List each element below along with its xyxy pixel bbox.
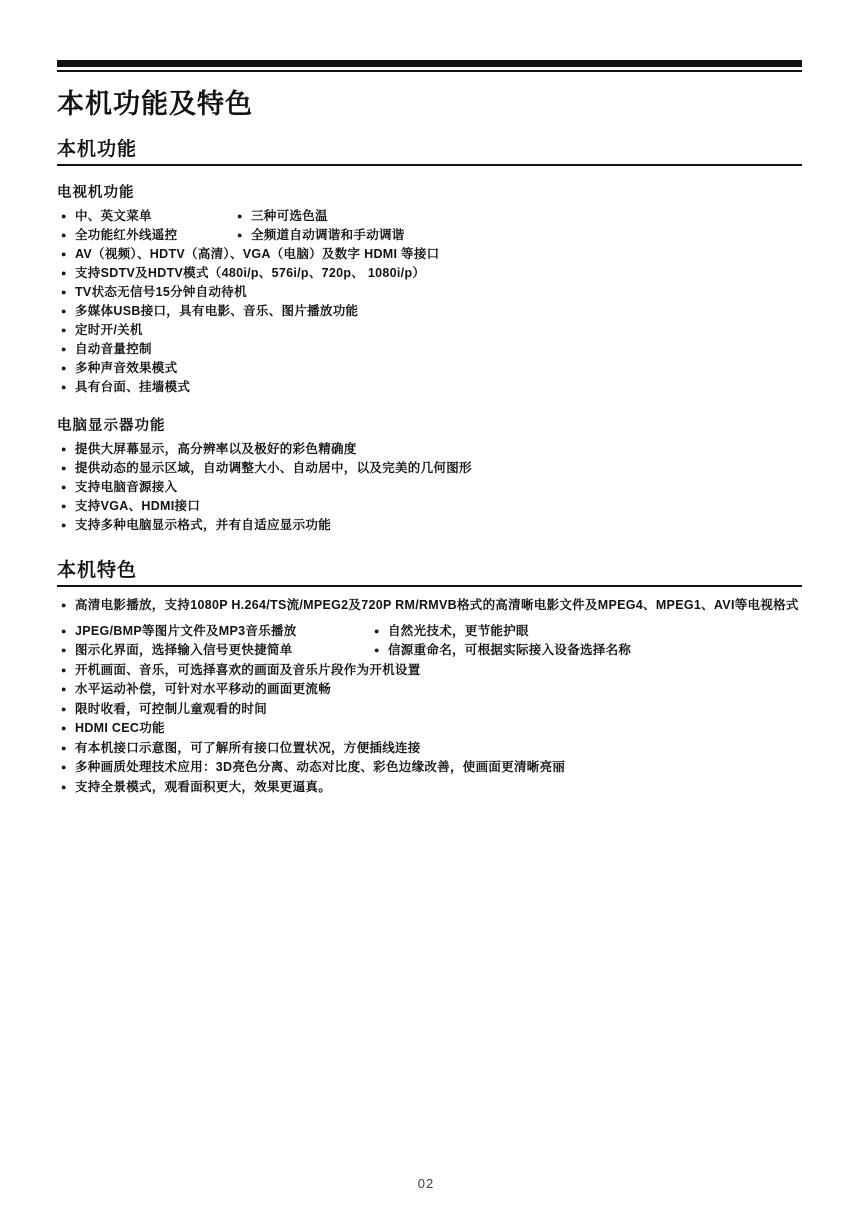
section-heading-functions: 本机功能 — [57, 134, 802, 166]
feature-text: HDMI CEC功能 — [75, 719, 165, 739]
feature-text: 高清电影播放，支持1080P H.264/TS流/MPEG2及720P RM/R… — [75, 596, 799, 616]
bullet-icon: ● — [57, 641, 75, 661]
list-item: ● 限时收看，可控制儿童观看的时间 — [57, 700, 802, 720]
bullet-icon: ● — [57, 207, 75, 226]
feature-text: 中、英文菜单 — [75, 207, 152, 226]
bullet-icon: ● — [370, 622, 388, 642]
list-item: ● TV状态无信号15分钟自动待机 — [57, 283, 802, 302]
feature-text: 多媒体USB接口，具有电影、音乐、图片播放功能 — [75, 302, 358, 321]
bullet-icon: ● — [57, 283, 75, 302]
list-item: ● 多种画质处理技术应用：3D亮色分离、动态对比度、彩色边缘改善，使画面更清晰亮… — [57, 758, 802, 778]
feature-text: 自然光技术，更节能护眼 — [388, 622, 529, 642]
bullet-icon: ● — [57, 359, 75, 378]
feature-text: 支持电脑音源接入 — [75, 478, 177, 497]
top-divider-thin-line — [57, 70, 802, 72]
bullet-icon: ● — [57, 778, 75, 797]
bullet-icon: ● — [57, 378, 75, 397]
feature-text: 自动音量控制 — [75, 340, 152, 359]
feature-text: AV（视频）、HDTV（高清）、VGA（电脑）及数字 HDMI 等接口 — [75, 245, 439, 264]
bullet-icon: ● — [57, 661, 75, 680]
list-item: ● 自动音量控制 — [57, 340, 802, 359]
list-item: ● 水平运动补偿，可针对水平移动的画面更流畅 — [57, 680, 802, 700]
list-item: ● 图示化界面，选择输入信号更快捷简单 ● 信源重命名，可根据实际接入设备选择名… — [57, 641, 802, 661]
list-item: ● 全功能红外线遥控 ● 全频道自动调谐和手动调谐 — [57, 226, 802, 245]
bullet-icon: ● — [57, 264, 75, 283]
feature-text: JPEG/BMP等图片文件及MP3音乐播放 — [75, 622, 297, 642]
feature-text: 图示化界面，选择输入信号更快捷简单 — [75, 641, 293, 661]
tv-feature-list: ● 中、英文菜单 ● 三种可选色温 ● 全功能红外线遥控 ● 全频道自动调谐和手… — [57, 207, 802, 397]
feature-text: 多种声音效果模式 — [75, 359, 177, 378]
list-item: ● 多媒体USB接口，具有电影、音乐、图片播放功能 — [57, 302, 802, 321]
list-item: ● 支持全景模式，观看面积更大，效果更逼真。 — [57, 778, 802, 798]
bullet-icon: ● — [57, 245, 75, 264]
bullet-icon: ● — [57, 497, 75, 516]
list-item: ● 支持SDTV及HDTV模式（480i/p、576i/p、720p、 1080… — [57, 264, 802, 283]
bullet-icon: ● — [57, 596, 75, 615]
top-divider-thick-line — [57, 60, 802, 67]
bullet-icon: ● — [57, 302, 75, 321]
bullet-icon: ● — [57, 226, 75, 245]
list-item: ● 提供动态的显示区域，自动调整大小、自动居中，以及完美的几何图形 — [57, 459, 802, 478]
list-item: ● 提供大屏幕显示，高分辨率以及极好的彩色精确度 — [57, 440, 802, 459]
list-item: ● 开机画面、音乐，可选择喜欢的画面及音乐片段作为开机设置 — [57, 661, 802, 681]
list-item: ● 中、英文菜单 ● 三种可选色温 — [57, 207, 802, 226]
bullet-icon: ● — [57, 719, 75, 738]
list-item: ● 支持VGA、HDMI接口 — [57, 497, 802, 516]
bullet-icon: ● — [370, 641, 388, 661]
list-item: ● 多种声音效果模式 — [57, 359, 802, 378]
feature-text: 开机画面、音乐，可选择喜欢的画面及音乐片段作为开机设置 — [75, 661, 421, 681]
page-number: 02 — [0, 1176, 852, 1191]
bullet-icon: ● — [57, 440, 75, 459]
bullet-icon: ● — [233, 207, 251, 226]
feature-text: 提供动态的显示区域，自动调整大小、自动居中，以及完美的几何图形 — [75, 459, 472, 478]
list-item: ● HDMI CEC功能 — [57, 719, 802, 739]
list-item: ● 高清电影播放，支持1080P H.264/TS流/MPEG2及720P RM… — [57, 596, 802, 616]
list-item: ● 具有台面、挂墙模式 — [57, 378, 802, 397]
bullet-icon: ● — [57, 758, 75, 777]
feature-text: 限时收看，可控制儿童观看的时间 — [75, 700, 267, 720]
feature-text: 多种画质处理技术应用：3D亮色分离、动态对比度、彩色边缘改善，使画面更清晰亮丽 — [75, 758, 565, 778]
feature-text: 支持VGA、HDMI接口 — [75, 497, 200, 516]
feature-text: 支持多种电脑显示格式，并有自适应显示功能 — [75, 516, 331, 535]
feature-text: 三种可选色温 — [251, 207, 328, 226]
feature-text: 支持SDTV及HDTV模式（480i/p、576i/p、720p、 1080i/… — [75, 264, 425, 283]
bullet-icon: ● — [57, 516, 75, 535]
feature-text: 信源重命名，可根据实际接入设备选择名称 — [388, 641, 631, 661]
list-item: ● 支持电脑音源接入 — [57, 478, 802, 497]
feature-text: 全功能红外线遥控 — [75, 226, 177, 245]
bullet-icon: ● — [57, 478, 75, 497]
feature-text: 支持全景模式，观看面积更大，效果更逼真。 — [75, 778, 331, 798]
top-divider — [57, 60, 802, 72]
bullet-icon: ● — [233, 226, 251, 245]
feature-text: 具有台面、挂墙模式 — [75, 378, 190, 397]
list-item: ● 定时开/关机 — [57, 321, 802, 340]
section-heading-features: 本机特色 — [57, 555, 802, 587]
bullet-icon: ● — [57, 340, 75, 359]
feature-text: 有本机接口示意图，可了解所有接口位置状况，方便插线连接 — [75, 739, 421, 759]
manual-page: 本机功能及特色 本机功能 电视机功能 ● 中、英文菜单 ● 三种可选色温 ● 全… — [57, 60, 802, 797]
bullet-icon: ● — [57, 321, 75, 340]
subsection-heading-pc: 电脑显示器功能 — [57, 414, 802, 435]
bullet-icon: ● — [57, 622, 75, 642]
bullet-icon: ● — [57, 739, 75, 758]
list-item: ● JPEG/BMP等图片文件及MP3音乐播放 ● 自然光技术，更节能护眼 — [57, 622, 802, 642]
page-title: 本机功能及特色 — [57, 82, 802, 121]
feature-text: TV状态无信号15分钟自动待机 — [75, 283, 247, 302]
feature-text: 水平运动补偿，可针对水平移动的画面更流畅 — [75, 680, 331, 700]
bullet-icon: ● — [57, 680, 75, 699]
feature-text: 全频道自动调谐和手动调谐 — [251, 226, 405, 245]
pc-feature-list: ● 提供大屏幕显示，高分辨率以及极好的彩色精确度 ● 提供动态的显示区域，自动调… — [57, 440, 802, 535]
list-item: ● 有本机接口示意图，可了解所有接口位置状况，方便插线连接 — [57, 739, 802, 759]
bullet-icon: ● — [57, 700, 75, 719]
subsection-heading-tv: 电视机功能 — [57, 181, 802, 202]
features-list: ● 高清电影播放，支持1080P H.264/TS流/MPEG2及720P RM… — [57, 596, 802, 797]
list-item: ● 支持多种电脑显示格式，并有自适应显示功能 — [57, 516, 802, 535]
bullet-icon: ● — [57, 459, 75, 478]
list-item: ● AV（视频）、HDTV（高清）、VGA（电脑）及数字 HDMI 等接口 — [57, 245, 802, 264]
feature-text: 提供大屏幕显示，高分辨率以及极好的彩色精确度 — [75, 440, 357, 459]
feature-text: 定时开/关机 — [75, 321, 143, 340]
